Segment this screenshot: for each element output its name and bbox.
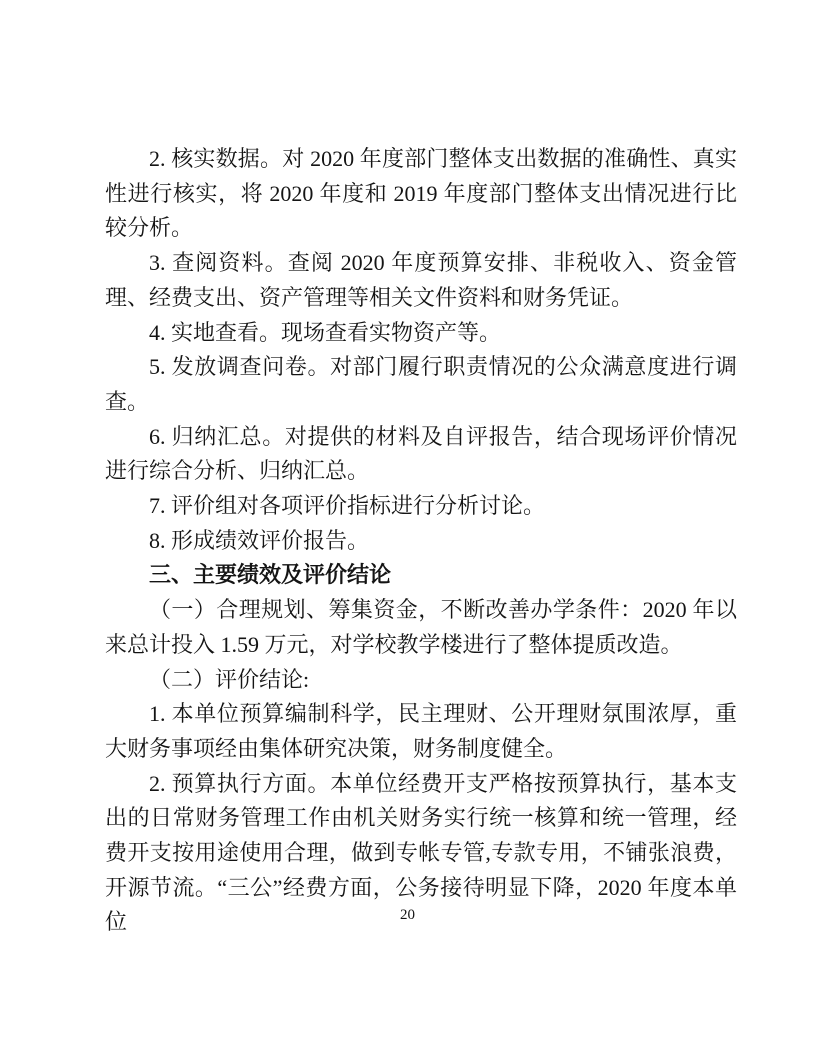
- paragraph: 6. 归纳汇总。对提供的材料及自评报告，结合现场评价情况进行综合分析、归纳汇总。: [105, 420, 737, 489]
- paragraph: （一）合理规划、筹集资金，不断改善办学条件：2020 年以来总计投入 1.59 …: [105, 593, 737, 662]
- paragraph: 2. 核实数据。对 2020 年度部门整体支出数据的准确性、真实性进行核实，将 …: [105, 142, 737, 246]
- page-number: 20: [400, 907, 415, 923]
- paragraph: 3. 查阅资料。查阅 2020 年度预算安排、非税收入、资金管理、经费支出、资产…: [105, 246, 737, 315]
- section-heading: 三、主要绩效及评价结论: [105, 558, 737, 593]
- paragraph: 8. 形成绩效评价报告。: [105, 524, 737, 559]
- paragraph: 4. 实地查看。现场查看实物资产等。: [105, 316, 737, 351]
- paragraph: 1. 本单位预算编制科学，民主理财、公开理财氛围浓厚，重大财务事项经由集体研究决…: [105, 697, 737, 766]
- paragraph: 7. 评价组对各项评价指标进行分析讨论。: [105, 489, 737, 524]
- page-footer: 20: [0, 906, 815, 924]
- paragraph: （二）评价结论:: [105, 663, 737, 698]
- paragraph: 5. 发放调查问卷。对部门履行职责情况的公众满意度进行调查。: [105, 350, 737, 419]
- report-body: 2. 核实数据。对 2020 年度部门整体支出数据的准确性、真实性进行核实，将 …: [105, 142, 737, 940]
- document-page: 2. 核实数据。对 2020 年度部门整体支出数据的准确性、真实性进行核实，将 …: [0, 0, 815, 1055]
